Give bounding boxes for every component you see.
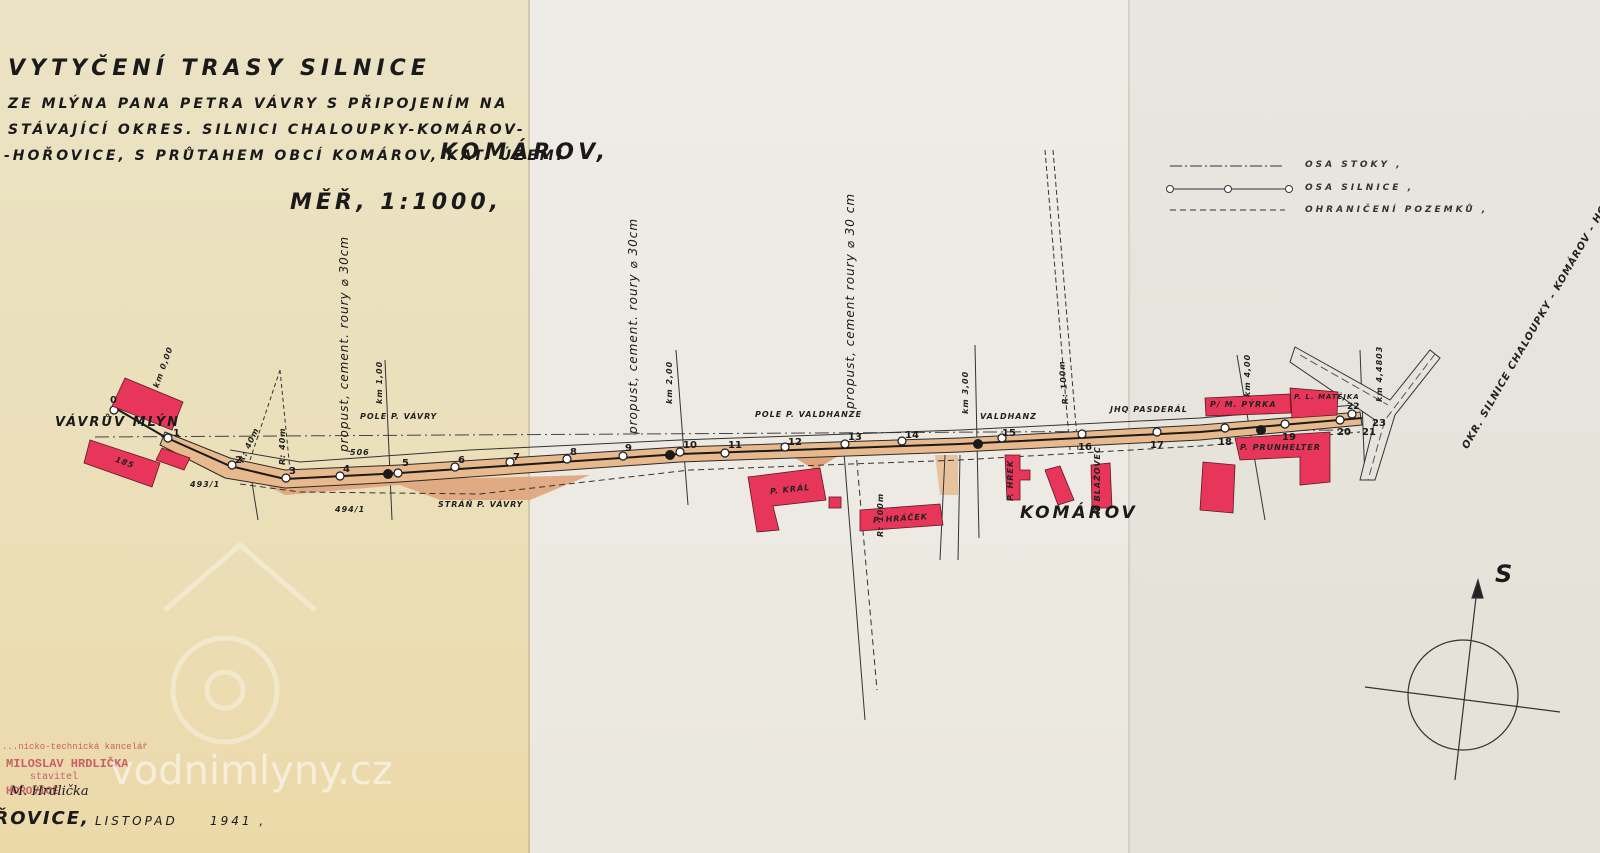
building-label: P. HREK — [1006, 460, 1015, 501]
legend-symbols — [1167, 166, 1293, 210]
station-number: 12 — [788, 437, 802, 448]
km-label: km 2,00 — [665, 361, 674, 404]
station-number: 15 — [1002, 428, 1016, 439]
station-number: 1 — [173, 428, 180, 439]
culvert-label: propust, cement. roury ⌀ 30cm — [337, 236, 351, 452]
station-number: 9 — [625, 443, 632, 454]
station-number: 4 — [343, 464, 350, 475]
watermark-text: vodnimlyny.cz — [110, 748, 393, 794]
station-number: 17 — [1150, 440, 1164, 451]
km-label: km 3,00 — [961, 371, 970, 414]
station-number: 3 — [289, 466, 296, 477]
building-label: P. L. MATĚJKA — [1294, 393, 1360, 401]
station-number: 18 — [1218, 437, 1232, 448]
building-label: P. BLAŽOVEC — [1093, 446, 1102, 514]
stamp-profession: stavitel — [30, 772, 78, 783]
title-line-2: STÁVAJÍCÍ OKRES. SILNICI CHALOUPKY-KOMÁR… — [8, 122, 526, 138]
legend-sewer-axis: OSA STOKY , — [1305, 160, 1403, 170]
title-line-1: ZE MLÝNA PANA PETRA VÁVRY S PŘIPOJENÍM N… — [8, 96, 508, 112]
label-village: KOMÁROV — [1020, 503, 1138, 523]
station-number: 6 — [458, 455, 465, 466]
parcel-number: 494/1 — [335, 505, 365, 514]
map-sheet: VYTYČENÍ TRASY SILNICE ZE MLÝNA PANA PET… — [0, 0, 1600, 853]
station-number: 7 — [513, 452, 520, 463]
km-label: km 4,4803 — [1375, 346, 1384, 402]
map-title: VYTYČENÍ TRASY SILNICE — [8, 56, 431, 81]
field-label: STRÁŇ P. VÁVRY — [438, 500, 523, 509]
station-number: 11 — [728, 440, 742, 451]
parcel-number: 506 — [350, 448, 370, 457]
legend-road-axis: OSA SILNICE , — [1305, 183, 1414, 193]
building-label: P. PRUNHELTER — [1240, 443, 1321, 452]
field-label: JHQ PASDERÁL — [1110, 405, 1188, 414]
station-number: 10 — [683, 440, 697, 451]
north-arrow-icon — [1365, 580, 1560, 780]
station-number: 0 — [110, 395, 117, 406]
culvert-label: propust, cement. roury ⌀ 30cm — [626, 218, 640, 434]
station-number: 13 — [848, 432, 862, 443]
km-label: km 4,00 — [1243, 354, 1252, 397]
station-number: 8 — [570, 447, 577, 458]
parcel-number: 493/1 — [190, 480, 220, 489]
station-number: 2 — [235, 455, 242, 466]
footer-month: LISTOPAD — [95, 814, 178, 828]
km-label: km 1,00 — [375, 361, 384, 404]
culvert-label: propust, cement roury ⌀ 30 cm — [843, 193, 857, 409]
station-number: 5 — [402, 458, 409, 469]
legend-plot-boundary: OHRANIČENÍ POZEMKŮ , — [1305, 205, 1488, 215]
map-scale: MĚŘ, 1:1000, — [290, 190, 502, 215]
station-number: 19 — [1282, 432, 1296, 443]
field-label: POLE P. VALDHANZE — [755, 410, 862, 419]
title-cadastral-area: KOMÁROV, — [440, 140, 610, 165]
station-number: 22 — [1347, 402, 1360, 412]
building-label: P/ M. PÝRKA — [1210, 400, 1277, 409]
footer-place: HOŘOVICE, — [0, 808, 90, 829]
field-label: POLE P. VÁVRY — [360, 412, 437, 421]
label-mill: VÁVRŮV MLÝN — [55, 415, 180, 430]
footer-year: 1941 , — [210, 814, 266, 828]
station-number: 16 — [1078, 442, 1092, 453]
station-number: 20 — [1337, 427, 1351, 438]
watermark-mill-icon — [165, 545, 315, 742]
signature: M. Hrdlička — [10, 784, 89, 799]
station-number: 23 — [1372, 418, 1386, 429]
radius-label: R: 40m — [278, 427, 287, 465]
station-number: 14 — [905, 430, 919, 441]
field-label: VALDHANZ — [980, 412, 1037, 421]
north-label: S — [1495, 560, 1512, 588]
